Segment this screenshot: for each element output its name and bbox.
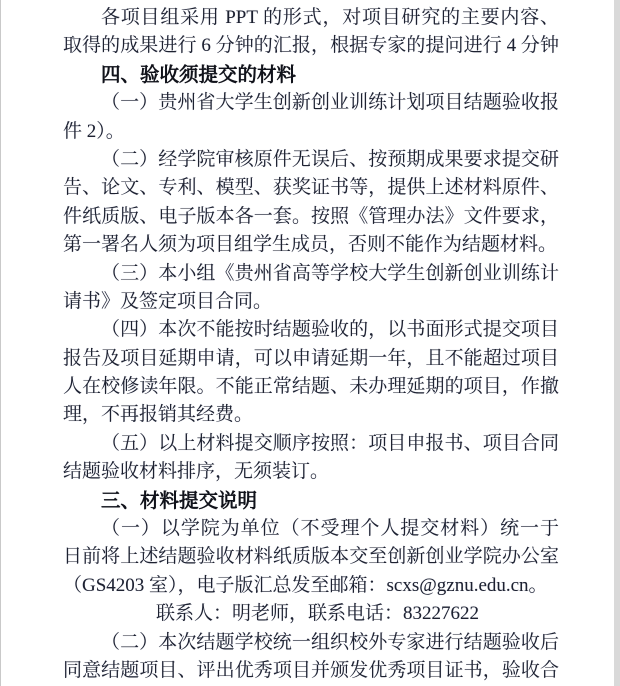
document-text-line: 各项目组采用 PPT 的形式，对项目研究的主要内容、创新点及 [63,4,559,32]
document-text-line: 件 2）。 [63,118,559,146]
document-page: 各项目组采用 PPT 的形式，对项目研究的主要内容、创新点及取得的成果进行 6 … [0,0,620,686]
document-text-line: （四）本次不能按时结题验收的，以书面形式提交项目进展 [63,316,559,344]
document-text-line: 第一署名人须为项目组学生成员，否则不能作为结题材料。 [63,231,559,259]
document-text-line: （二）经学院审核原件无误后、按预期成果要求提交研究报 [63,146,559,174]
document-text-line: 结题验收材料排序，无须装订。 [63,458,559,486]
document-text-line: 报告及项目延期申请，可以申请延期一年，且不能超过项目负责 [63,345,559,373]
document-text-line: 取得的成果进行 6 分钟的汇报，根据专家的提问进行 4 分钟的答辩。 [63,32,559,60]
document-text-line: （二）本次结题学校统一组织校外专家进行结题验收后公布 [63,629,559,657]
document-text-line: 人在校修读年限。不能正常结题、未办理延期的项目，作撤项处 [63,373,559,401]
document-text-line: （一）贵州省大学生创新创业训练计划项目结题验收报告（附 [63,89,559,117]
document-text-line: 理，不再报销其经费。 [63,401,559,429]
section-heading: 三、材料提交说明 [63,487,559,515]
document-text-line: 联系人：明老师，联系电话：83227622 [63,600,559,628]
document-text-line: 告、论文、专利、模型、获奖证书等，提供上述材料原件、复印 [63,174,559,202]
document-text-line: 日前将上述结题验收材料纸质版本交至创新创业学院办公室 [63,543,559,571]
document-text-line: （GS4203 室），电子版汇总发至邮箱：scxs@gznu.edu.cn。 [63,572,559,600]
document-text-line: （五）以上材料提交顺序按照：项目申报书、项目合同书、 [63,430,559,458]
document-text-line: （三）本小组《贵州省高等学校大学生创新创业训练计划申 [63,260,559,288]
section-heading: 四、验收须提交的材料 [63,61,559,89]
document-text-line: 请书》及签定项目合同。 [63,288,559,316]
document-text-line: （一）以学院为单位（不受理个人提交材料）统一于 10 月 27 [63,515,559,543]
document-text-line: 同意结题项目、评出优秀项目并颁发优秀项目证书，验收合格的 [63,657,559,685]
page-right-edge [614,0,620,686]
document-text-line: 件纸质版、电子版本各一套。按照《管理办法》文件要求，成果 [63,203,559,231]
document-body: 各项目组采用 PPT 的形式，对项目研究的主要内容、创新点及取得的成果进行 6 … [63,4,559,685]
